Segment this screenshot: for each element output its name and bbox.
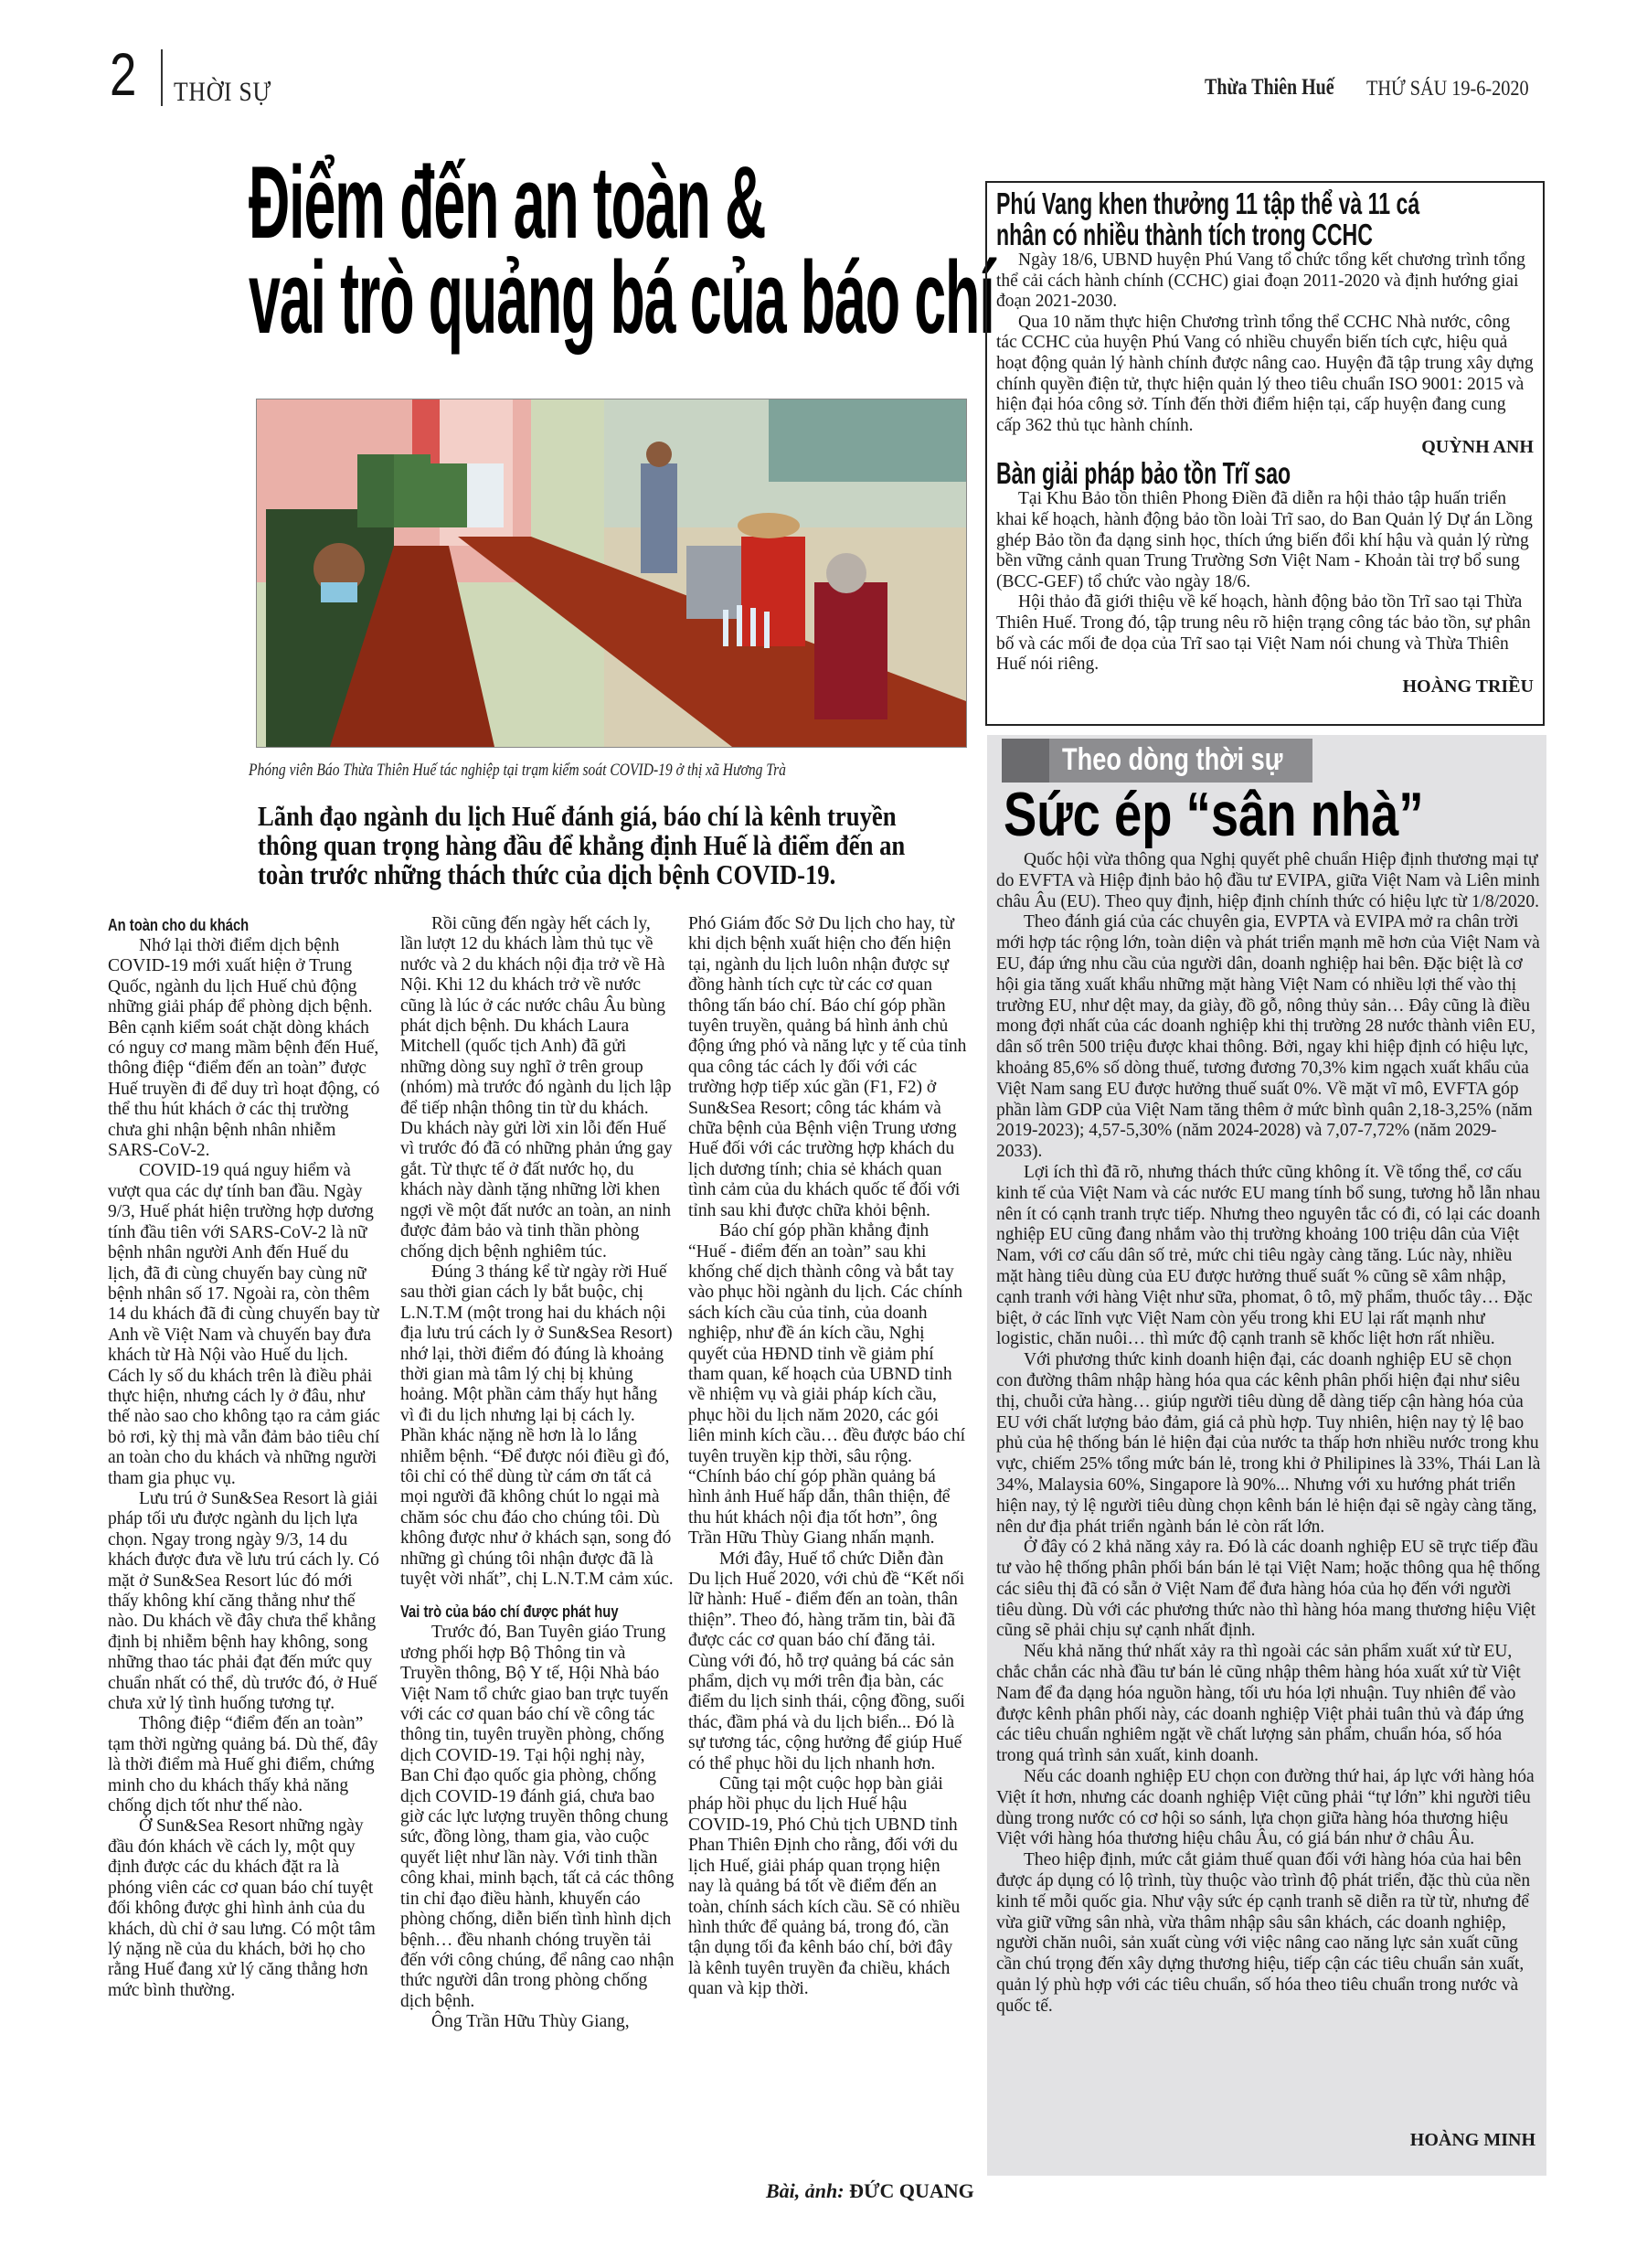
paragraph: Ngày 18/6, UBND huyện Phú Vang tổ chức t…	[996, 250, 1534, 313]
article-column-1: An toàn cho du khách Nhớ lại thời điểm d…	[108, 914, 382, 2001]
paragraph: Ở đây có 2 khả năng xảy ra. Đó là các do…	[996, 1538, 1541, 1642]
paragraph: Lợi ích thì đã rõ, nhưng thách thức cũng…	[996, 1163, 1541, 1350]
paragraph: Ông Trần Hữu Thùy Giang,	[400, 2012, 675, 2032]
paragraph: Phó Giám đốc Sở Du lịch cho hay, từ khi …	[688, 914, 968, 1221]
paragraph: COVID-19 quá nguy hiểm và vượt qua các d…	[108, 1161, 382, 1489]
photo-caption: Phóng viên Báo Thừa Thiên Huế tác nghiệp…	[249, 761, 848, 781]
paragraph: Với phương thức kinh doanh hiện đại, các…	[996, 1350, 1541, 1538]
paragraph: Cũng tại một cuộc họp bàn giải pháp hồi …	[688, 1774, 968, 1999]
brief-title-1a: Phú Vang khen thưởng 11 tập thể và 11 cá	[996, 188, 1373, 219]
paragraph: Nhớ lại thời điểm dịch bệnh COVID-19 mới…	[108, 936, 382, 1161]
article-photo	[256, 399, 967, 748]
brief-author-2: HOÀNG TRIỀU	[996, 676, 1534, 697]
article-lead: Lãnh đạo ngành du lịch Huế đánh giá, báo…	[258, 802, 934, 889]
paragraph: Nếu khả năng thứ nhất xảy ra thì ngoài c…	[996, 1642, 1541, 1767]
paragraph: Quốc hội vừa thông qua Nghị quyết phê ch…	[996, 850, 1541, 912]
issue-date: THỨ SÁU 19-6-2020	[1366, 77, 1529, 101]
commentary-body: Quốc hội vừa thông qua Nghị quyết phê ch…	[996, 850, 1541, 2018]
paragraph: Hội thảo đã giới thiệu về kế hoạch, hành…	[996, 592, 1534, 675]
section-name: THỜI SỰ	[174, 77, 271, 108]
brief-body-1: Ngày 18/6, UBND huyện Phú Vang tổ chức t…	[996, 250, 1534, 436]
brief-title-2: Bàn giải pháp bảo tồn Trĩ sao	[996, 458, 1373, 489]
paragraph: Mới đây, Huế tổ chức Diễn đàn Du lịch Hu…	[688, 1549, 968, 1774]
header-divider	[161, 49, 163, 106]
article-column-2: Rồi cũng đến ngày hết cách ly, lần lượt …	[400, 914, 675, 2033]
main-headline: Điểm đến an toàn & vai trò quảng bá của …	[249, 155, 709, 346]
article-byline: Bài, ảnh: ĐỨC QUANG	[766, 2179, 974, 2203]
brief-author-1: QUỲNH ANH	[996, 436, 1534, 458]
paragraph: Rồi cũng đến ngày hết cách ly, lần lượt …	[400, 914, 675, 1262]
headline-line-2: vai trò quảng bá của báo chí	[249, 250, 709, 346]
photo-illustration	[257, 399, 966, 747]
paragraph: Theo đánh giá của các chuyên gia, EVPTA …	[996, 912, 1541, 1163]
subheading-safety: An toàn cho du khách	[108, 914, 333, 936]
paragraph: Lưu trú ở Sun&Sea Resort là giải pháp tố…	[108, 1489, 382, 1714]
subheading-press-role: Vai trò của báo chí được phát huy	[400, 1601, 625, 1623]
paragraph: Đúng 3 tháng kể từ ngày rời Huế sau thời…	[400, 1262, 675, 1591]
news-briefs-box: Phú Vang khen thưởng 11 tập thể và 11 cá…	[985, 181, 1545, 726]
article-column-3: Phó Giám đốc Sở Du lịch cho hay, từ khi …	[688, 914, 968, 2000]
paragraph: Trước đó, Ban Tuyên giáo Trung ương phối…	[400, 1623, 675, 2012]
commentary-author: HOÀNG MINH	[996, 2130, 1535, 2151]
paragraph: Theo hiệp định, mức cắt giảm thuế quan đ…	[996, 1850, 1541, 2017]
brief-body-2: Tại Khu Bảo tồn thiên Phong Điền đã diễn…	[996, 489, 1534, 675]
byline-author: ĐỨC QUANG	[849, 2179, 974, 2202]
byline-label: Bài, ảnh:	[766, 2179, 845, 2202]
kicker-label: Theo dòng thời sự	[1062, 742, 1283, 778]
paragraph: Thông điệp “điểm đến an toàn” tạm thời n…	[108, 1714, 382, 1816]
paragraph: Nếu các doanh nghiệp EU chọn con đường t…	[996, 1767, 1541, 1850]
newspaper-name: Thừa Thiên Huế	[1205, 75, 1334, 101]
paragraph: Tại Khu Bảo tồn thiên Phong Điền đã diễn…	[996, 489, 1534, 592]
page-number: 2	[110, 44, 136, 104]
paragraph: Qua 10 năm thực hiện Chương trình tổng t…	[996, 313, 1534, 437]
kicker-accent	[1002, 739, 1049, 783]
headline-line-1: Điểm đến an toàn &	[249, 155, 709, 250]
commentary-title: Sức ép “sân nhà”	[1004, 782, 1424, 847]
paragraph: Báo chí góp phần khẳng định “Huế - điểm …	[688, 1221, 968, 1549]
brief-title-1b: nhân có nhiều thành tích trong CCHC	[996, 219, 1373, 250]
paragraph: Ở Sun&Sea Resort những ngày đầu đón khác…	[108, 1816, 382, 2001]
